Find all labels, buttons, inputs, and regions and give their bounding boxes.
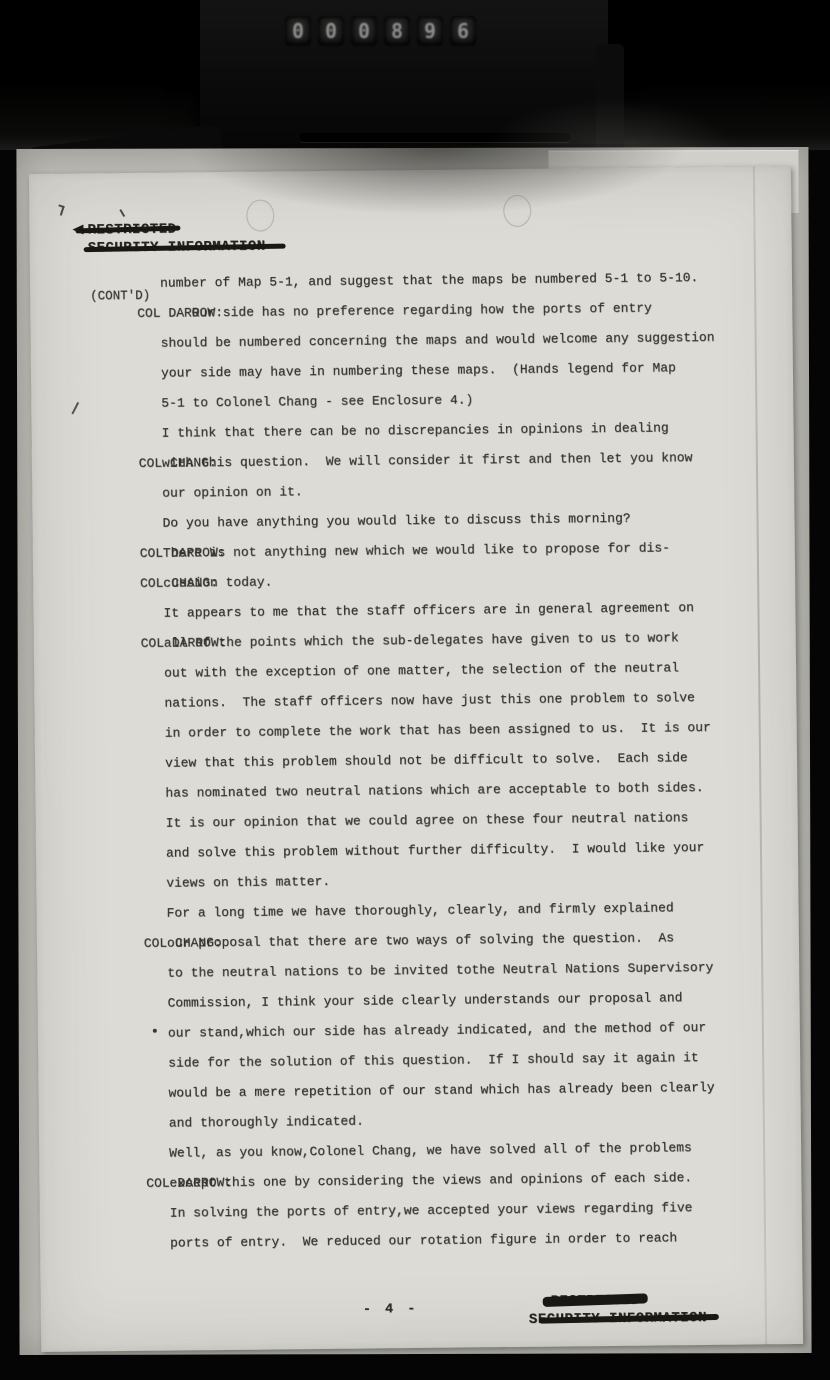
entry-lines: For a long time we have thoroughly, clea… — [166, 892, 800, 1139]
entry-lines: Well, as you know,Colonel Chang, we have… — [169, 1132, 802, 1259]
film-counter-device: 000896 — [200, 0, 608, 164]
counter-digit: 6 — [450, 16, 476, 46]
restricted-stamp-struck: RESTRICTED — [551, 1292, 640, 1311]
speaker: COL DARROW: (CONT'D) — [90, 268, 224, 389]
dialogue-entry: COL DARROW: (CONT'D) number of Map 5-1, … — [30, 262, 794, 420]
speaker-label: COL DARROW: — [141, 635, 227, 651]
scan-backdrop: RESTRICTED SECURITY INFORMATION COL DARR… — [16, 147, 811, 1355]
entry-lines: There is not anything new which we would… — [163, 532, 796, 599]
speaker-label: COL DARROW: — [146, 1175, 232, 1191]
entry-lines: I think that there can be no discrepanci… — [161, 412, 794, 509]
counter-digit: 9 — [417, 16, 443, 46]
page-footer: - 4 - RESTRICTED SECURITY INFORMATION — [41, 1294, 803, 1342]
counter-digit: 0 — [285, 16, 311, 46]
dialogue-entry: COL DARROW: It appears to me that the st… — [33, 592, 798, 900]
dialogue-entry: COL DARROW: Well, as you know,Colonel Ch… — [39, 1132, 802, 1260]
counter-digit: 0 — [318, 16, 344, 46]
pen-mark — [119, 209, 125, 217]
film-counter-slot — [300, 133, 570, 142]
header-classification-stamp: RESTRICTED SECURITY INFORMATION — [87, 220, 265, 258]
dialogue-entry: COL CHANG: For a long time we have thoro… — [36, 892, 800, 1140]
speaker-label: COL CHANG: — [140, 575, 218, 591]
security-information-stamp-struck: SECURITY INFORMATION — [529, 1309, 707, 1329]
speaker-label: COL CHANG: — [144, 935, 222, 951]
restricted-stamp-struck: RESTRICTED — [87, 220, 176, 239]
entry-lines: number of Map 5-1, and suggest that the … — [160, 262, 794, 419]
document-page: RESTRICTED SECURITY INFORMATION COL DARR… — [29, 166, 803, 1352]
speaker-label: COL CHANG: — [139, 455, 217, 471]
speaker-label: COL DARROW: — [137, 305, 223, 321]
microfilm-top-band: 000896 — [0, 0, 830, 150]
page-number: - 4 - — [363, 1302, 419, 1318]
transcript-dialogue: COL DARROW: (CONT'D) number of Map 5-1, … — [30, 262, 802, 1260]
speaker: COL CHANG: — [96, 898, 222, 1019]
speaker-cont: (CONT'D) — [90, 289, 150, 304]
film-counter-digits: 000896 — [285, 16, 476, 46]
speaker: COL DARROW: — [99, 1138, 233, 1259]
footer-classification-stamp: RESTRICTED SECURITY INFORMATION — [529, 1291, 707, 1329]
punch-hole — [503, 195, 531, 227]
counter-digit: 8 — [384, 16, 410, 46]
security-information-stamp-struck: SECURITY INFORMATION — [88, 238, 266, 258]
film-counter-tab — [596, 44, 624, 152]
dialogue-line: ports of entry. We reduced our rotation … — [170, 1222, 802, 1259]
speaker: COL DARROW: — [93, 598, 227, 719]
dialogue-entry: COL CHANG: I think that there can be no … — [31, 412, 794, 510]
dialogue-entry: COL CHANG: There is not anything new whi… — [33, 532, 796, 600]
pen-mark — [60, 206, 65, 216]
counter-digit: 0 — [351, 16, 377, 46]
entry-lines: It appears to me that the staff officers… — [163, 592, 798, 899]
